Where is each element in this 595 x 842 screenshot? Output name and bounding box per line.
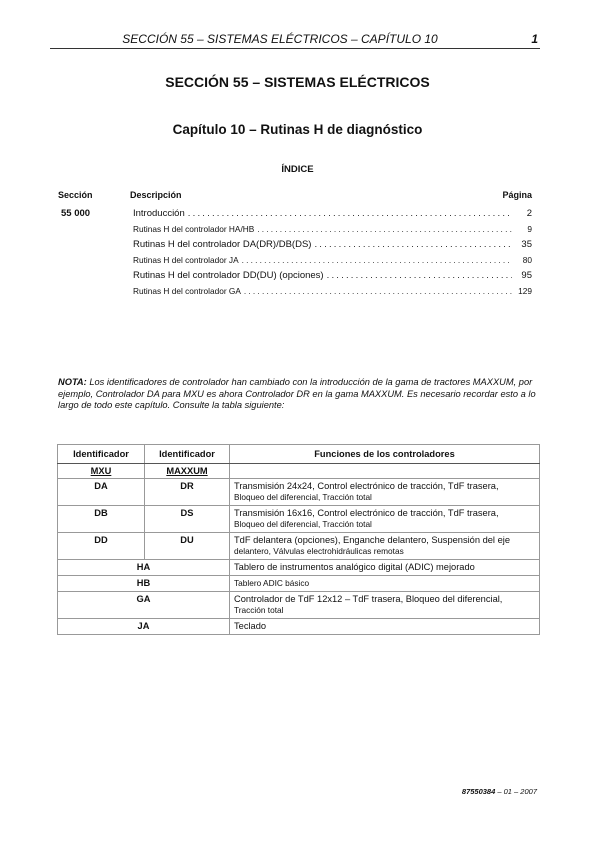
cell-mxu: DA bbox=[58, 479, 145, 506]
toc-entry[interactable]: 55 000 Introducción.....................… bbox=[58, 206, 532, 222]
toc-section: 55 000 bbox=[58, 208, 133, 219]
toc-description: Rutinas H del controlador DA(DR)/DB(DS) bbox=[133, 239, 314, 250]
toc-leader: ........................................… bbox=[244, 286, 512, 296]
table-row: HA Tablero de instrumentos analógico dig… bbox=[58, 560, 540, 576]
cell-id: HB bbox=[58, 576, 230, 592]
cell-mxu: DB bbox=[58, 506, 145, 533]
toc-description: Rutinas H del controlador GA bbox=[133, 286, 244, 296]
running-title: SECCIÓN 55 – SISTEMAS ELÉCTRICOS – CAPÍT… bbox=[50, 32, 510, 46]
cell-functions: Controlador de TdF 12x12 – TdF trasera, … bbox=[230, 592, 540, 619]
toc-leader: ........................................… bbox=[188, 208, 512, 219]
functions-line: Controlador de TdF 12x12 – TdF trasera, … bbox=[234, 594, 535, 605]
toc-header-page: Página bbox=[502, 190, 532, 200]
table-header-row: Identificador Identificador Funciones de… bbox=[58, 445, 540, 464]
subheader-maxxum: MAXXUM bbox=[145, 464, 230, 479]
toc-description: Rutinas H del controlador JA bbox=[133, 255, 242, 265]
running-header: SECCIÓN 55 – SISTEMAS ELÉCTRICOS – CAPÍT… bbox=[50, 30, 540, 49]
edition: – 01 – 2007 bbox=[495, 787, 537, 796]
functions-line: Transmisión 24x24, Control electrónico d… bbox=[234, 481, 535, 492]
toc-description: Rutinas H del controlador DD(DU) (opcion… bbox=[133, 270, 327, 281]
table-row: JA Teclado bbox=[58, 619, 540, 635]
cell-functions: Transmisión 24x24, Control electrónico d… bbox=[230, 479, 540, 506]
functions-line: Bloqueo del diferencial, Tracción total bbox=[234, 519, 535, 530]
chapter-title: Capítulo 10 – Rutinas H de diagnóstico bbox=[0, 122, 595, 137]
table-of-contents: 55 000 Introducción.....................… bbox=[58, 206, 532, 299]
toc-leader: ........................................… bbox=[242, 255, 512, 265]
toc-entry[interactable]: Rutinas H del controlador DD(DU) (opcion… bbox=[58, 268, 532, 284]
toc-page: 2 bbox=[512, 208, 532, 219]
toc-header-description: Descripción bbox=[130, 190, 182, 200]
functions-line: Transmisión 16x16, Control electrónico d… bbox=[234, 508, 535, 519]
cell-maxxum: DU bbox=[145, 533, 230, 560]
cell-functions: Transmisión 16x16, Control electrónico d… bbox=[230, 506, 540, 533]
page-number: 1 bbox=[531, 32, 538, 46]
doc-number: 87550384 bbox=[462, 787, 495, 796]
toc-page: 9 bbox=[512, 224, 532, 234]
section-title: SECCIÓN 55 – SISTEMAS ELÉCTRICOS bbox=[0, 74, 595, 90]
toc-entry[interactable]: Rutinas H del controlador DA(DR)/DB(DS).… bbox=[58, 237, 532, 253]
toc-page: 80 bbox=[512, 255, 532, 265]
toc-page: 95 bbox=[512, 270, 532, 281]
toc-leader: ........................................… bbox=[257, 224, 512, 234]
header-functions: Funciones de los controladores bbox=[230, 445, 540, 464]
table-row: DB DS Transmisión 16x16, Control electró… bbox=[58, 506, 540, 533]
toc-description: Rutinas H del controlador HA/HB bbox=[133, 224, 257, 234]
table-row: HB Tablero ADIC básico bbox=[58, 576, 540, 592]
cell-functions: Tablero ADIC básico bbox=[230, 576, 540, 592]
table-subheader-row: MXU MAXXUM bbox=[58, 464, 540, 479]
toc-leader: ........................................… bbox=[327, 270, 512, 281]
cell-id: JA bbox=[58, 619, 230, 635]
footer: 87550384 – 01 – 2007 bbox=[462, 787, 537, 796]
cell-maxxum: DS bbox=[145, 506, 230, 533]
functions-line: delantero, Válvulas electrohidráulicas r… bbox=[234, 546, 535, 557]
cell-functions: Tablero de instrumentos analógico digita… bbox=[230, 560, 540, 576]
cell-functions: TdF delantera (opciones), Enganche delan… bbox=[230, 533, 540, 560]
header-mxu: Identificador bbox=[58, 445, 145, 464]
cell-id: GA bbox=[58, 592, 230, 619]
table-row: DA DR Transmisión 24x24, Control electró… bbox=[58, 479, 540, 506]
note-text: Los identificadores de controlador han c… bbox=[58, 377, 536, 410]
controller-table: Identificador Identificador Funciones de… bbox=[57, 444, 540, 635]
toc-page: 129 bbox=[512, 286, 532, 296]
index-title: ÍNDICE bbox=[0, 164, 595, 175]
functions-line: Bloqueo del diferencial, Tracción total bbox=[234, 492, 535, 503]
cell-functions: Teclado bbox=[230, 619, 540, 635]
functions-line: Tracción total bbox=[234, 605, 535, 616]
toc-entry[interactable]: Rutinas H del controlador JA............… bbox=[58, 253, 532, 269]
toc-leader: ........................................… bbox=[314, 239, 512, 250]
cell-id: HA bbox=[58, 560, 230, 576]
table-row: DD DU TdF delantera (opciones), Enganche… bbox=[58, 533, 540, 560]
toc-page: 35 bbox=[512, 239, 532, 250]
subheader-functions bbox=[230, 464, 540, 479]
toc-entry[interactable]: Rutinas H del controlador GA............… bbox=[58, 284, 532, 300]
note-paragraph: NOTA: Los identificadores de controlador… bbox=[58, 377, 543, 412]
toc-entry[interactable]: Rutinas H del controlador HA/HB.........… bbox=[58, 222, 532, 238]
subheader-mxu: MXU bbox=[58, 464, 145, 479]
header-maxxum: Identificador bbox=[145, 445, 230, 464]
cell-mxu: DD bbox=[58, 533, 145, 560]
table-row: GA Controlador de TdF 12x12 – TdF traser… bbox=[58, 592, 540, 619]
cell-maxxum: DR bbox=[145, 479, 230, 506]
note-label: NOTA: bbox=[58, 377, 87, 387]
toc-description: Introducción bbox=[133, 208, 188, 219]
toc-header-section: Sección bbox=[58, 190, 93, 200]
functions-line: TdF delantera (opciones), Enganche delan… bbox=[234, 535, 535, 546]
